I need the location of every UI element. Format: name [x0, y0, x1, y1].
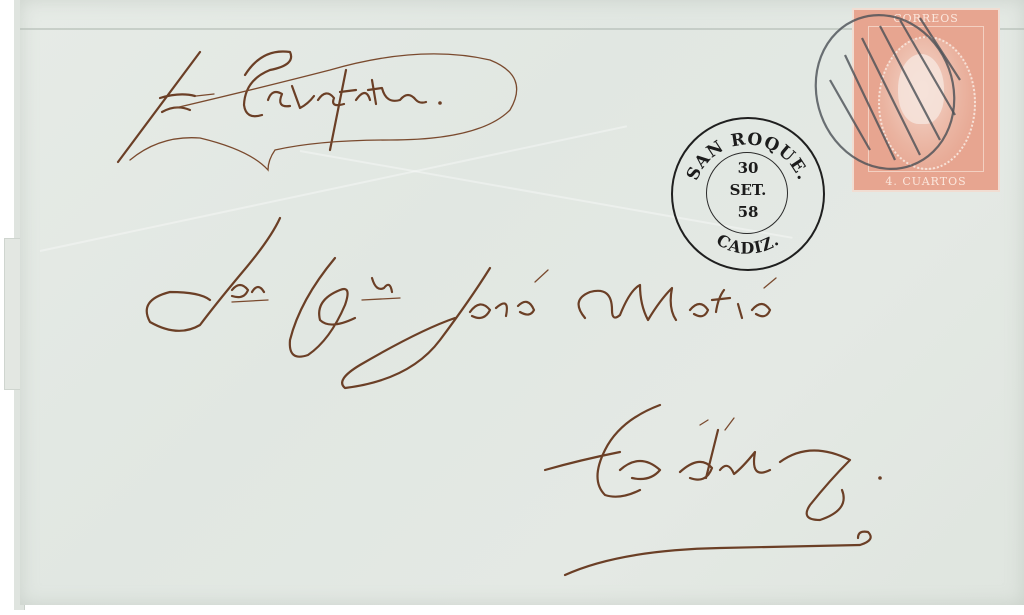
address-handwriting: [0, 0, 1024, 615]
